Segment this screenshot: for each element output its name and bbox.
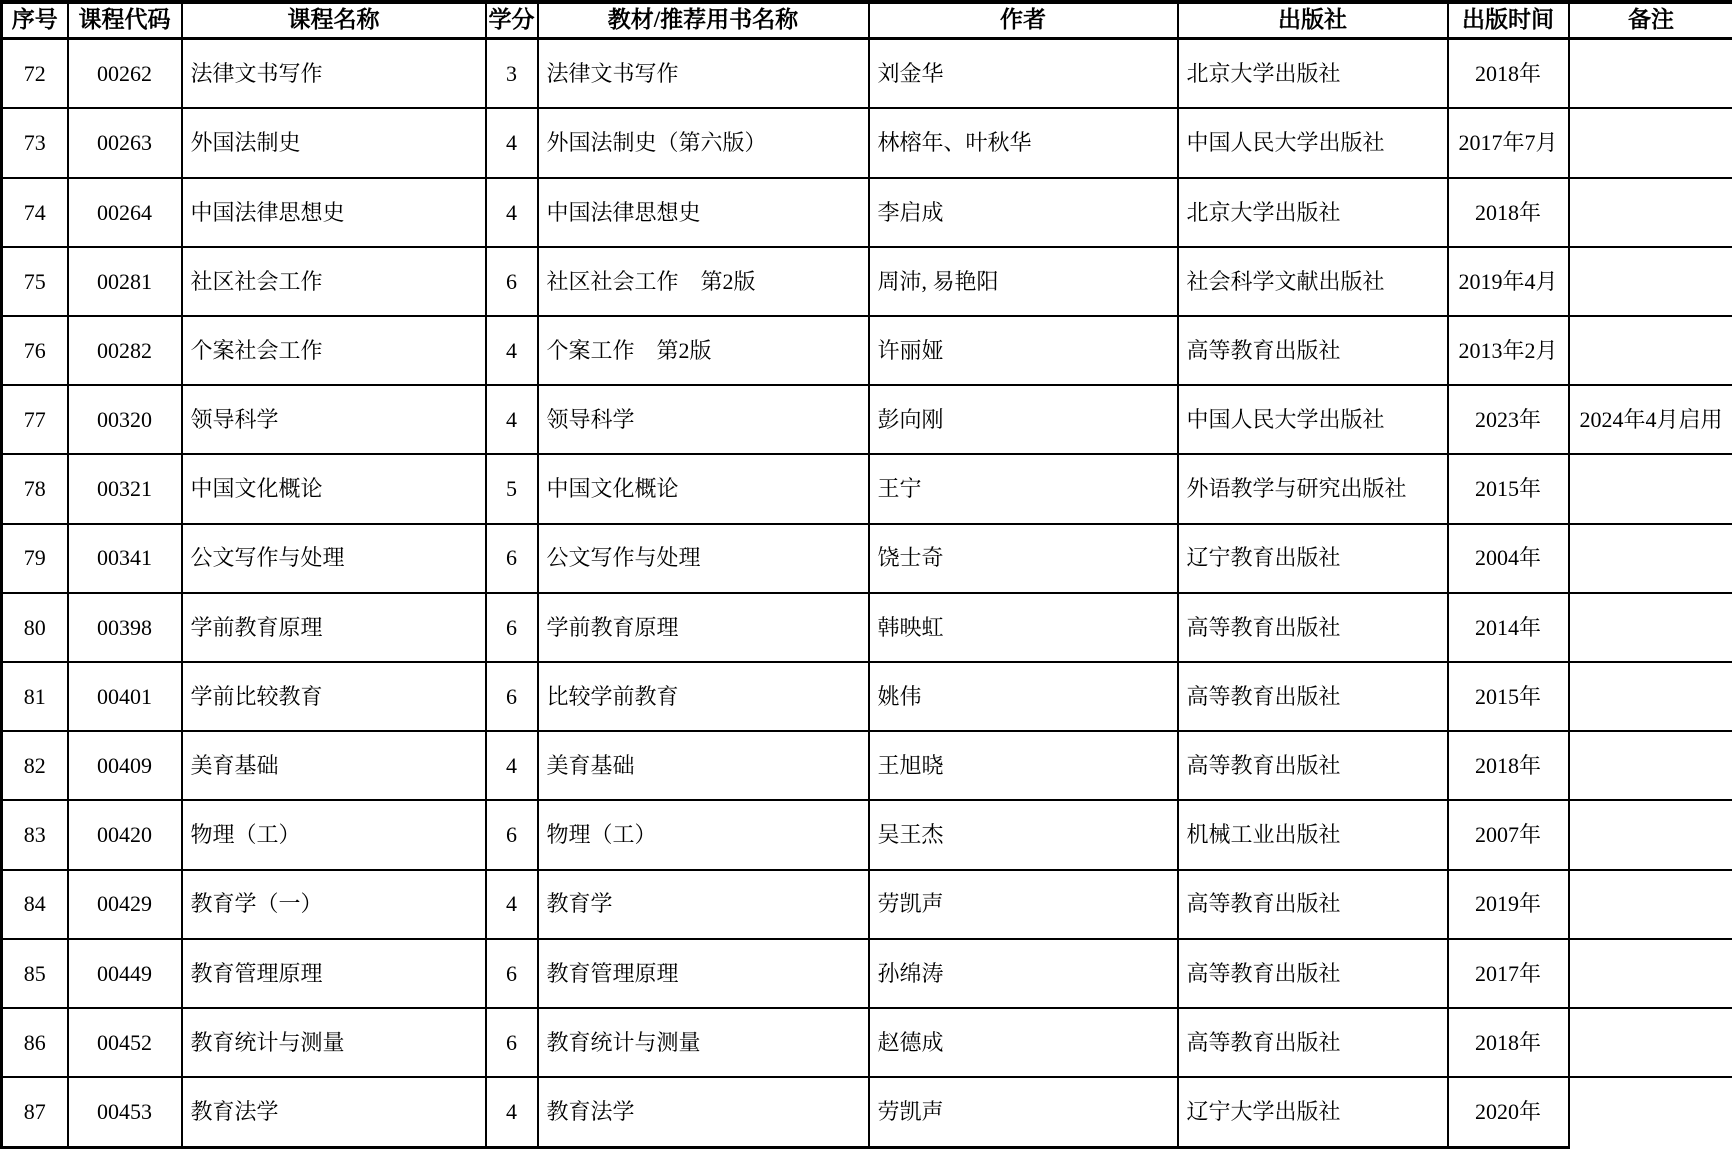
table-row: 8300420物理（工）6物理（工）吴王杰机械工业出版社2007年 — [2, 800, 1732, 869]
course-textbook-table: 序号 课程代码 课程名称 学分 教材/推荐用书名称 作者 出版社 出版时间 备注… — [0, 0, 1732, 1149]
cell-seq: 72 — [2, 38, 68, 108]
cell-credits: 6 — [486, 662, 538, 731]
cell-publisher: 社会科学文献出版社 — [1178, 247, 1448, 316]
cell-credits: 6 — [486, 593, 538, 662]
cell-publisher: 辽宁教育出版社 — [1178, 524, 1448, 593]
cell-author: 饶士奇 — [869, 524, 1178, 593]
cell-remark — [1569, 939, 1732, 1008]
table-row: 7900341公文写作与处理6公文写作与处理饶士奇辽宁教育出版社2004年 — [2, 524, 1732, 593]
cell-textbook: 外国法制史（第六版） — [538, 108, 869, 177]
cell-seq: 78 — [2, 454, 68, 523]
column-header-textbook: 教材/推荐用书名称 — [538, 2, 869, 38]
column-header-author: 作者 — [869, 2, 1178, 38]
cell-course-name: 教育法学 — [182, 1077, 486, 1147]
cell-course-name: 学前教育原理 — [182, 593, 486, 662]
cell-pub-date: 2004年 — [1448, 524, 1569, 593]
cell-seq: 87 — [2, 1077, 68, 1147]
cell-remark — [1569, 178, 1732, 247]
cell-course-name: 美育基础 — [182, 731, 486, 800]
cell-author: 刘金华 — [869, 38, 1178, 108]
cell-remark — [1569, 38, 1732, 108]
cell-author: 韩映虹 — [869, 593, 1178, 662]
cell-credits: 6 — [486, 800, 538, 869]
cell-remark — [1569, 454, 1732, 523]
cell-credits: 4 — [486, 385, 538, 454]
cell-course-name: 教育学（一） — [182, 870, 486, 939]
column-header-pubdate: 出版时间 — [1448, 2, 1569, 38]
cell-textbook: 个案工作 第2版 — [538, 316, 869, 385]
table-row: 7500281社区社会工作6社区社会工作 第2版周沛, 易艳阳社会科学文献出版社… — [2, 247, 1732, 316]
cell-code: 00321 — [68, 454, 182, 523]
cell-pub-date: 2018年 — [1448, 38, 1569, 108]
cell-course-name: 中国法律思想史 — [182, 178, 486, 247]
table-row: 8500449教育管理原理6教育管理原理孙绵涛高等教育出版社2017年 — [2, 939, 1732, 1008]
cell-publisher: 辽宁大学出版社 — [1178, 1077, 1448, 1147]
cell-credits: 4 — [486, 178, 538, 247]
cell-author: 赵德成 — [869, 1008, 1178, 1077]
cell-author: 林榕年、叶秋华 — [869, 108, 1178, 177]
cell-publisher: 高等教育出版社 — [1178, 1008, 1448, 1077]
cell-course-name: 外国法制史 — [182, 108, 486, 177]
cell-remark: 2024年4月启用 — [1569, 385, 1732, 454]
cell-remark — [1569, 247, 1732, 316]
table-row: 8200409美育基础4美育基础王旭晓高等教育出版社2018年 — [2, 731, 1732, 800]
cell-code: 00320 — [68, 385, 182, 454]
cell-publisher: 高等教育出版社 — [1178, 593, 1448, 662]
cell-pub-date: 2017年7月 — [1448, 108, 1569, 177]
table-row: 8000398学前教育原理6学前教育原理韩映虹高等教育出版社2014年 — [2, 593, 1732, 662]
cell-publisher: 高等教育出版社 — [1178, 939, 1448, 1008]
cell-pub-date: 2018年 — [1448, 1008, 1569, 1077]
cell-code: 00281 — [68, 247, 182, 316]
cell-publisher: 高等教育出版社 — [1178, 731, 1448, 800]
cell-course-name: 物理（工） — [182, 800, 486, 869]
header-row: 序号 课程代码 课程名称 学分 教材/推荐用书名称 作者 出版社 出版时间 备注 — [2, 2, 1732, 38]
cell-publisher: 中国人民大学出版社 — [1178, 108, 1448, 177]
cell-credits: 5 — [486, 454, 538, 523]
cell-publisher: 中国人民大学出版社 — [1178, 385, 1448, 454]
cell-remark — [1569, 524, 1732, 593]
cell-credits: 6 — [486, 939, 538, 1008]
cell-remark — [1569, 870, 1732, 939]
cell-code: 00263 — [68, 108, 182, 177]
cell-seq: 79 — [2, 524, 68, 593]
cell-credits: 3 — [486, 38, 538, 108]
cell-publisher: 高等教育出版社 — [1178, 316, 1448, 385]
cell-code: 00449 — [68, 939, 182, 1008]
cell-textbook: 中国法律思想史 — [538, 178, 869, 247]
cell-pub-date: 2018年 — [1448, 178, 1569, 247]
cell-credits: 4 — [486, 870, 538, 939]
cell-publisher: 高等教育出版社 — [1178, 870, 1448, 939]
cell-code: 00409 — [68, 731, 182, 800]
cell-course-name: 领导科学 — [182, 385, 486, 454]
cell-seq: 83 — [2, 800, 68, 869]
cell-textbook: 教育学 — [538, 870, 869, 939]
cell-seq: 80 — [2, 593, 68, 662]
cell-author: 吴王杰 — [869, 800, 1178, 869]
cell-seq: 86 — [2, 1008, 68, 1077]
cell-code: 00341 — [68, 524, 182, 593]
cell-author: 王旭晓 — [869, 731, 1178, 800]
cell-seq: 74 — [2, 178, 68, 247]
cell-textbook: 领导科学 — [538, 385, 869, 454]
cell-remark — [1569, 662, 1732, 731]
cell-code: 00420 — [68, 800, 182, 869]
cell-credits: 4 — [486, 108, 538, 177]
cell-textbook: 教育管理原理 — [538, 939, 869, 1008]
cell-code: 00398 — [68, 593, 182, 662]
cell-credits: 4 — [486, 316, 538, 385]
cell-course-name: 中国文化概论 — [182, 454, 486, 523]
cell-author: 孙绵涛 — [869, 939, 1178, 1008]
table-row: 8400429教育学（一）4教育学劳凯声高等教育出版社2019年 — [2, 870, 1732, 939]
cell-pub-date: 2017年 — [1448, 939, 1569, 1008]
table-row: 7400264中国法律思想史4中国法律思想史李启成北京大学出版社2018年 — [2, 178, 1732, 247]
cell-textbook: 比较学前教育 — [538, 662, 869, 731]
cell-credits: 6 — [486, 1008, 538, 1077]
cell-pub-date: 2020年 — [1448, 1077, 1569, 1147]
cell-textbook: 中国文化概论 — [538, 454, 869, 523]
cell-textbook: 公文写作与处理 — [538, 524, 869, 593]
cell-remark — [1569, 593, 1732, 662]
cell-pub-date: 2007年 — [1448, 800, 1569, 869]
cell-seq: 84 — [2, 870, 68, 939]
cell-pub-date: 2015年 — [1448, 454, 1569, 523]
cell-remark — [1569, 731, 1732, 800]
cell-code: 00282 — [68, 316, 182, 385]
cell-author: 彭向刚 — [869, 385, 1178, 454]
table-row: 8600452教育统计与测量6教育统计与测量赵德成高等教育出版社2018年 — [2, 1008, 1732, 1077]
column-header-credits: 学分 — [486, 2, 538, 38]
cell-author: 许丽娅 — [869, 316, 1178, 385]
cell-course-name: 个案社会工作 — [182, 316, 486, 385]
cell-textbook: 教育法学 — [538, 1077, 869, 1147]
cell-author: 劳凯声 — [869, 1077, 1178, 1147]
cell-publisher: 高等教育出版社 — [1178, 662, 1448, 731]
cell-publisher: 外语教学与研究出版社 — [1178, 454, 1448, 523]
table-row: 7600282个案社会工作4个案工作 第2版许丽娅高等教育出版社2013年2月 — [2, 316, 1732, 385]
cell-author: 王宁 — [869, 454, 1178, 523]
cell-seq: 85 — [2, 939, 68, 1008]
cell-code: 00429 — [68, 870, 182, 939]
column-header-code: 课程代码 — [68, 2, 182, 38]
cell-pub-date: 2018年 — [1448, 731, 1569, 800]
cell-remark — [1569, 1077, 1732, 1147]
cell-course-name: 教育管理原理 — [182, 939, 486, 1008]
cell-credits: 6 — [486, 247, 538, 316]
cell-code: 00452 — [68, 1008, 182, 1077]
cell-textbook: 法律文书写作 — [538, 38, 869, 108]
cell-textbook: 学前教育原理 — [538, 593, 869, 662]
cell-pub-date: 2023年 — [1448, 385, 1569, 454]
cell-textbook: 美育基础 — [538, 731, 869, 800]
cell-course-name: 社区社会工作 — [182, 247, 486, 316]
column-header-remarks: 备注 — [1569, 2, 1732, 38]
cell-code: 00401 — [68, 662, 182, 731]
cell-credits: 4 — [486, 1077, 538, 1147]
cell-course-name: 教育统计与测量 — [182, 1008, 486, 1077]
cell-course-name: 法律文书写作 — [182, 38, 486, 108]
cell-code: 00264 — [68, 178, 182, 247]
cell-credits: 4 — [486, 731, 538, 800]
cell-author: 姚伟 — [869, 662, 1178, 731]
cell-remark — [1569, 800, 1732, 869]
cell-seq: 76 — [2, 316, 68, 385]
cell-author: 周沛, 易艳阳 — [869, 247, 1178, 316]
cell-pub-date: 2014年 — [1448, 593, 1569, 662]
cell-code: 00262 — [68, 38, 182, 108]
table-row: 7300263外国法制史4外国法制史（第六版）林榕年、叶秋华中国人民大学出版社2… — [2, 108, 1732, 177]
table-body: 7200262法律文书写作3法律文书写作刘金华北京大学出版社2018年73002… — [2, 38, 1732, 1147]
cell-seq: 77 — [2, 385, 68, 454]
cell-course-name: 学前比较教育 — [182, 662, 486, 731]
column-header-course: 课程名称 — [182, 2, 486, 38]
cell-seq: 75 — [2, 247, 68, 316]
column-header-publisher: 出版社 — [1178, 2, 1448, 38]
cell-publisher: 机械工业出版社 — [1178, 800, 1448, 869]
cell-textbook: 社区社会工作 第2版 — [538, 247, 869, 316]
cell-publisher: 北京大学出版社 — [1178, 38, 1448, 108]
table-row: 7800321中国文化概论5中国文化概论王宁外语教学与研究出版社2015年 — [2, 454, 1732, 523]
cell-seq: 73 — [2, 108, 68, 177]
cell-seq: 81 — [2, 662, 68, 731]
cell-author: 劳凯声 — [869, 870, 1178, 939]
cell-pub-date: 2015年 — [1448, 662, 1569, 731]
cell-course-name: 公文写作与处理 — [182, 524, 486, 593]
cell-textbook: 物理（工） — [538, 800, 869, 869]
cell-credits: 6 — [486, 524, 538, 593]
table-row: 8700453教育法学4教育法学劳凯声辽宁大学出版社2020年 — [2, 1077, 1732, 1147]
cell-pub-date: 2013年2月 — [1448, 316, 1569, 385]
column-header-seq: 序号 — [2, 2, 68, 38]
table-row: 7200262法律文书写作3法律文书写作刘金华北京大学出版社2018年 — [2, 38, 1732, 108]
cell-remark — [1569, 316, 1732, 385]
cell-author: 李启成 — [869, 178, 1178, 247]
cell-publisher: 北京大学出版社 — [1178, 178, 1448, 247]
cell-seq: 82 — [2, 731, 68, 800]
cell-pub-date: 2019年 — [1448, 870, 1569, 939]
cell-remark — [1569, 108, 1732, 177]
cell-pub-date: 2019年4月 — [1448, 247, 1569, 316]
table-row: 8100401学前比较教育6比较学前教育姚伟高等教育出版社2015年 — [2, 662, 1732, 731]
cell-remark — [1569, 1008, 1732, 1077]
table-row: 7700320领导科学4领导科学彭向刚中国人民大学出版社2023年2024年4月… — [2, 385, 1732, 454]
cell-textbook: 教育统计与测量 — [538, 1008, 869, 1077]
cell-code: 00453 — [68, 1077, 182, 1147]
